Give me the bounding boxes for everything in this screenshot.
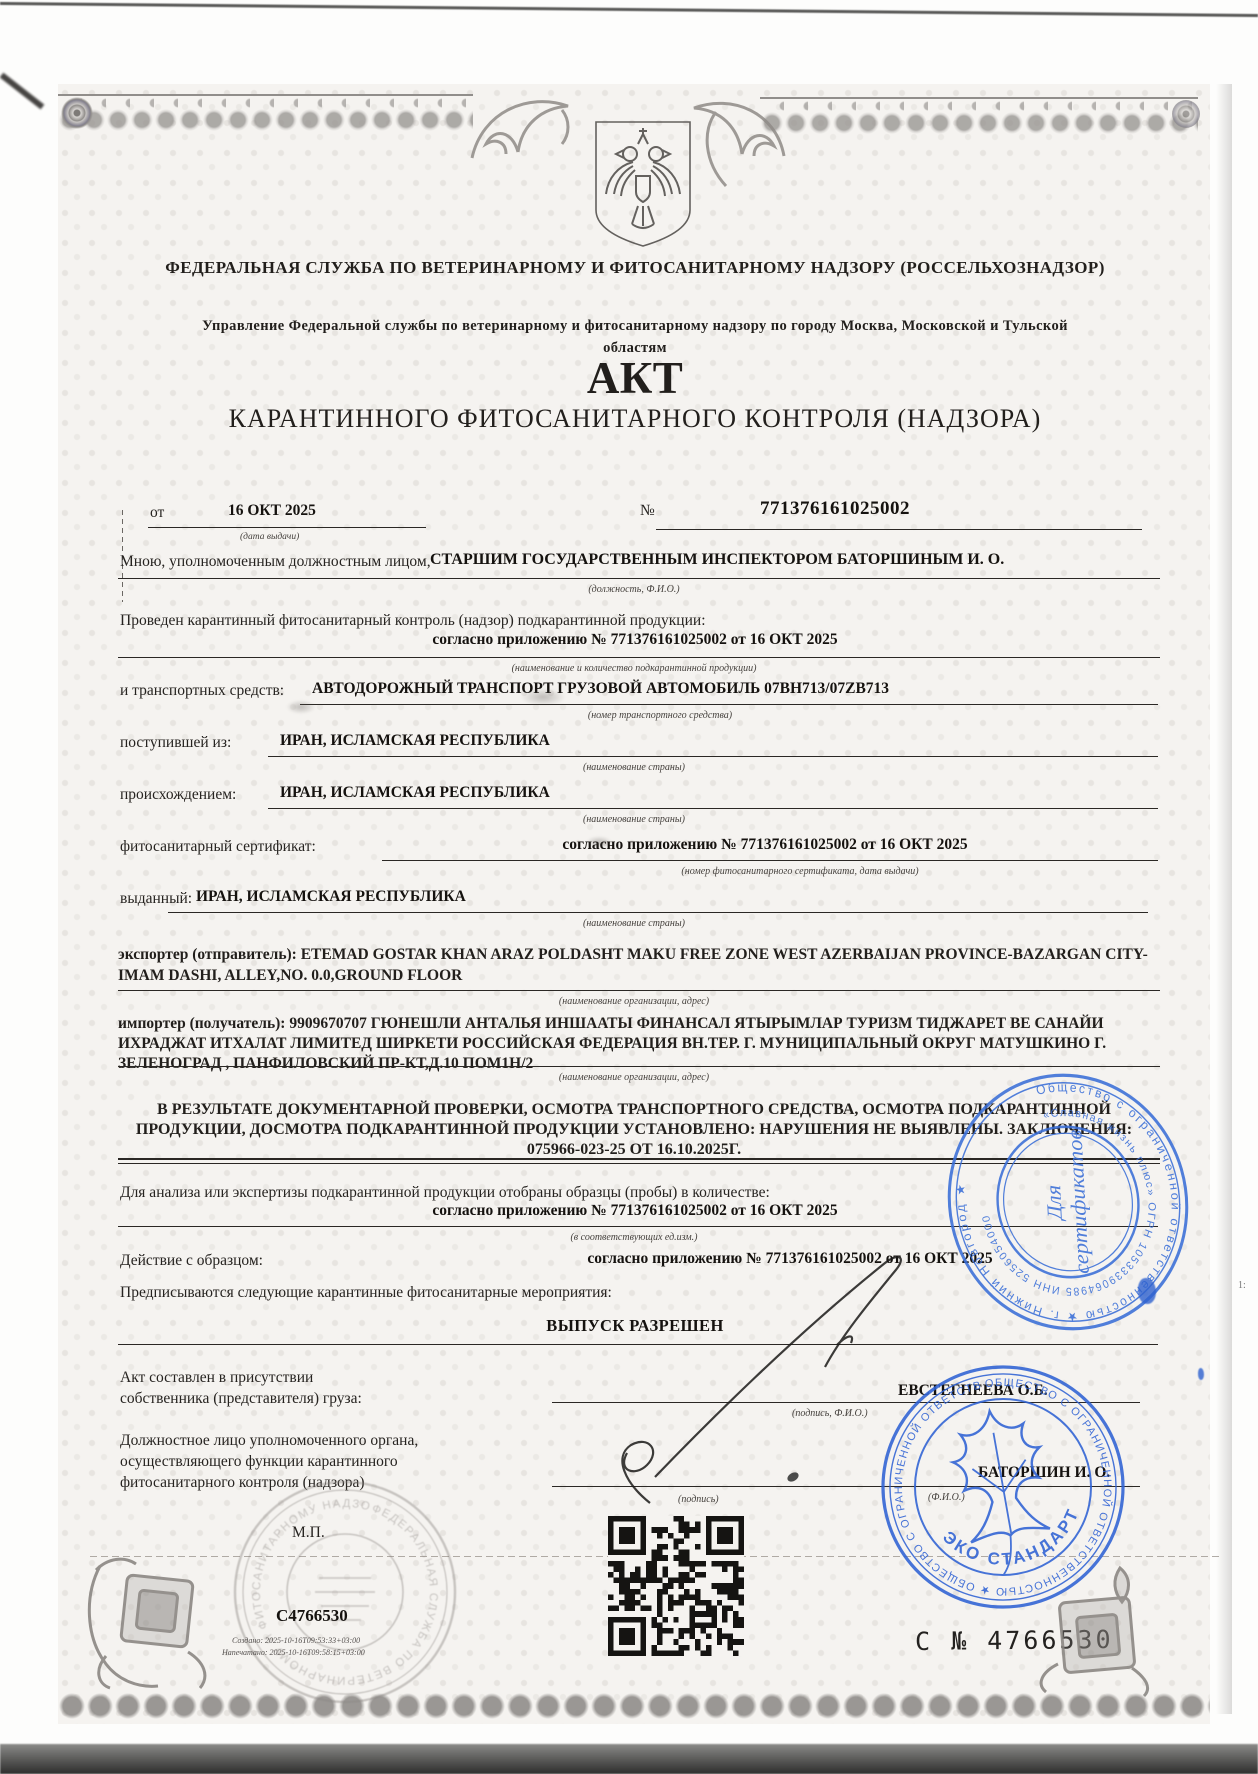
- lace-border-top-right: [760, 97, 1198, 135]
- footer-code: C4766530: [276, 1606, 348, 1626]
- issue-date: 16 ОКТ 2025: [228, 502, 316, 520]
- exporter-paragraph: экспортер (отправитель): ETEMAD GOSTAR K…: [118, 944, 1166, 986]
- importer-paragraph: импортер (получатель): 9909670707 ГЮНЕШЛ…: [118, 1014, 1168, 1074]
- rosette-ornament-right: [1172, 100, 1200, 128]
- act-number: 771376161025002: [760, 498, 910, 520]
- qr-code: [608, 1516, 744, 1656]
- date-caption: (дата выдачи): [240, 532, 299, 542]
- measures-label: Предписываются следующие карантинные фит…: [120, 1284, 612, 1302]
- flourish-ornament-left: [466, 86, 578, 176]
- inspector-prefix: Мною, уполномоченным должностным лицом,: [120, 553, 431, 571]
- document-title: АКТ: [60, 352, 1210, 404]
- department-name-line1: Управление Федеральной службы по ветерин…: [110, 318, 1160, 335]
- svg-text:Для: Для: [1042, 1185, 1067, 1222]
- flourish-ornament-right: [686, 86, 790, 198]
- transport-underline: [300, 704, 1158, 705]
- certificate-caption: (номер фитосанитарного сертификата, дата…: [300, 866, 1258, 877]
- importer-underline: [118, 1066, 1160, 1067]
- certificate-label: фитосанитарный сертификат:: [120, 838, 316, 856]
- control-value: согласно приложению № 771376161025002 от…: [60, 631, 1210, 649]
- presence-label-2: собственника (представителя) груза:: [120, 1390, 362, 1408]
- issued-by-value: ИРАН, ИСЛАМСКАЯ РЕСПУБЛИКА: [196, 888, 466, 906]
- svg-text:ФЕДЕРАЛЬНАЯ СЛУЖБА ПО ВЕТЕРИНА: ФЕДЕРАЛЬНАЯ СЛУЖБА ПО ВЕТЕРИНАРНОМУ И ФИ…: [197, 1431, 475, 1711]
- exporter-label: экспортер (отправитель):: [118, 946, 297, 963]
- date-underline: [148, 527, 426, 528]
- ink-dot: [1198, 1368, 1204, 1380]
- importer-label: импортер (получатель):: [118, 1015, 285, 1032]
- control-underline: [118, 657, 1160, 658]
- arrived-from-underline: [268, 756, 1158, 757]
- arrived-from-label: поступившей из:: [120, 734, 231, 752]
- lace-border-bottom: [58, 1692, 1210, 1724]
- control-caption: (наименование и количество подкарантинно…: [134, 663, 1134, 674]
- official-label-2: осуществляющего функции карантинного: [120, 1453, 398, 1471]
- svg-text:сертификатов: сертификатов: [1063, 1129, 1094, 1274]
- exporter-underline: [118, 990, 1160, 991]
- lace-border-top-left: [58, 94, 473, 132]
- corner-ornament-left: [80, 1552, 220, 1694]
- scan-top-edge: [0, 2, 1258, 17]
- issued-by-label: выданный:: [120, 890, 192, 908]
- inspector-caption: (должность, Ф.И.О.): [134, 584, 1134, 595]
- coat-of-arms-eagle: [588, 118, 698, 250]
- samples-label: Для анализа или экспертизы подкарантинно…: [120, 1184, 770, 1202]
- page-edge-shadow: [1216, 84, 1232, 1714]
- number-label: №: [640, 502, 655, 520]
- scan-smudge: [586, 836, 612, 848]
- arrived-from-value: ИРАН, ИСЛАМСКАЯ РЕСПУБЛИКА: [280, 732, 550, 750]
- origin-underline: [268, 808, 1158, 809]
- agency-name: ФЕДЕРАЛЬНАЯ СЛУЖБА ПО ВЕТЕРИНАРНОМУ И ФИ…: [60, 258, 1210, 278]
- date-from-label: от: [150, 504, 164, 522]
- sample-action-label: Действие с образцом:: [120, 1252, 263, 1270]
- exporter-caption: (наименование организации, адрес): [134, 996, 1134, 1007]
- control-label: Проведен карантинный фитосанитарный конт…: [120, 612, 706, 630]
- inspector-underline: [118, 578, 1160, 579]
- certificate-value: согласно приложению № 771376161025002 от…: [380, 836, 1150, 854]
- edge-mark: 1:: [1238, 1280, 1246, 1291]
- importer-caption: (наименование организации, адрес): [134, 1072, 1134, 1083]
- ink-blot: [1138, 1278, 1156, 1304]
- arrived-from-caption: (наименование страны): [134, 762, 1134, 773]
- inspector-name: СТАРШИМ ГОСУДАРСТВЕННЫМ ИНСПЕКТОРОМ БАТО…: [430, 551, 1004, 569]
- footer-printed: Напечатано: 2025-10-16Т09:58:15+03:00: [222, 1648, 365, 1657]
- transport-value: АВТОДОРОЖНЫЙ ТРАНСПОРТ ГРУЗОВОЙ АВТОМОБИ…: [312, 680, 889, 698]
- origin-value: ИРАН, ИСЛАМСКАЯ РЕСПУБЛИКА: [280, 784, 550, 802]
- certificate-underline: [382, 860, 1158, 861]
- official-label-1: Должностное лицо уполномоченного органа,: [120, 1432, 418, 1450]
- transport-label: и транспортных средств:: [120, 682, 284, 700]
- footer-created: Создано: 2025-10-16Т09:53:33+03:00: [232, 1636, 360, 1645]
- origin-label: происхождением:: [120, 786, 236, 804]
- issued-by-caption: (наименование страны): [134, 918, 1134, 929]
- number-underline: [656, 529, 1142, 530]
- scan-smudge: [520, 688, 566, 706]
- scan-smudge: [286, 700, 316, 714]
- issued-by-underline: [168, 912, 1148, 913]
- corner-ornament-right: [1028, 1560, 1168, 1700]
- document-subtitle: КАРАНТИННОГО ФИТОСАНИТАРНОГО КОНТРОЛЯ (Н…: [60, 404, 1210, 434]
- scanned-document: ФЕДЕРАЛЬНАЯ СЛУЖБА ПО ВЕТЕРИНАРНОМУ И ФИ…: [0, 0, 1258, 1774]
- scan-bottom-edge: [0, 1744, 1258, 1774]
- presence-label-1: Акт составлен в присутствии: [120, 1369, 313, 1387]
- rosette-ornament-left: [60, 96, 94, 130]
- origin-caption: (наименование страны): [134, 814, 1134, 825]
- official-round-seal: ФЕДЕРАЛЬНАЯ СЛУЖБА ПО ВЕТЕРИНАРНОМУ И ФИ…: [225, 1472, 465, 1712]
- scan-corner-shadow: [0, 73, 44, 110]
